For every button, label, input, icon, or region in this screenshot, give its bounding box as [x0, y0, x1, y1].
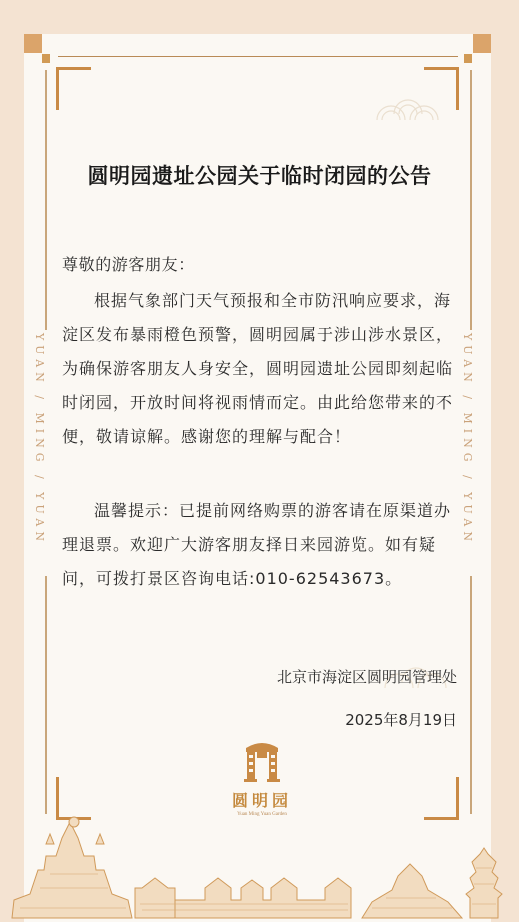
- greeting: 尊敬的游客朋友：: [62, 248, 462, 282]
- side-text-right: YUAN / MING / YUAN: [461, 333, 474, 546]
- right-frame-line-upper: [470, 70, 472, 330]
- logo: 圆明园 Yuan Ming Yuan Garden: [222, 740, 302, 817]
- corner-square-top-left: [24, 34, 42, 53]
- issue-date: 2025年8月19日: [345, 709, 457, 730]
- corner-square-top-right: [473, 34, 491, 53]
- gate-emblem-icon: [242, 740, 282, 782]
- corner-dot-top-right: [464, 54, 472, 63]
- palace-skyline-illustration: [0, 808, 519, 922]
- left-frame-line-lower: [45, 576, 47, 814]
- issuer: 北京市海淀区圆明园管理处: [277, 666, 457, 687]
- left-frame-line-upper: [45, 70, 47, 330]
- right-frame-line-lower: [470, 576, 472, 814]
- side-text-left: YUAN / MING / YUAN: [33, 333, 46, 546]
- notice-paragraph-2: 温馨提示：已提前网络购票的游客请在原渠道办理退票。欢迎广大游客朋友择日来园游览。…: [62, 494, 462, 596]
- corner-bracket-top-left: [56, 67, 91, 110]
- notice-paragraph-1: 根据气象部门天气预报和全市防汛响应要求，海淀区发布暴雨橙色预警，圆明园属于涉山涉…: [62, 284, 462, 454]
- auspicious-cloud-icon: [372, 92, 442, 122]
- notice-title: 圆明园遗址公园关于临时闭园的公告: [0, 160, 519, 190]
- corner-dot-top-left: [42, 54, 50, 63]
- top-frame-line: [58, 56, 458, 57]
